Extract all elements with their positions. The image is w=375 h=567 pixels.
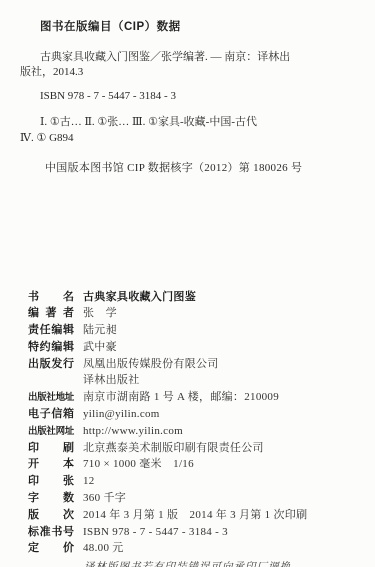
word-count: 360 千字: [83, 490, 126, 507]
colophon-row-edition: 版次 2014 年 3 月第 1 版 2014 年 3 月第 1 次印刷: [0, 507, 375, 524]
cip-classification-line1: Ⅰ. ①古… Ⅱ. ①张… Ⅲ. ①家具-收藏-中国-古代: [40, 115, 357, 131]
colophon-label: 出版发行: [28, 356, 74, 373]
colophon-row-special-editor: 特约编辑 武中豪: [0, 339, 375, 356]
colophon-label: 责任编辑: [28, 322, 74, 339]
colophon-label: 定价: [28, 540, 74, 557]
book-format: 710 × 1000 毫米 1/16: [83, 456, 194, 473]
colophon-label: 开本: [28, 456, 74, 473]
colophon-row-format: 开本 710 × 1000 毫米 1/16: [0, 456, 375, 473]
standard-isbn: ISBN 978 - 7 - 5447 - 3184 - 3: [83, 524, 228, 541]
colophon-row-title: 书名 古典家具收藏入门图鉴: [0, 289, 375, 306]
special-editor-name: 武中豪: [83, 339, 117, 356]
colophon-label: 出版社网址: [28, 424, 74, 441]
colophon-row-publisher: 出版发行 凤凰出版传媒股份有限公司: [0, 356, 375, 373]
colophon-label: 版次: [28, 507, 74, 524]
cip-entry-line2: 版社，2014.3: [20, 65, 357, 81]
printer-name: 北京燕泰美术制版印刷有限责任公司: [83, 440, 264, 457]
colophon-row-address: 出版社地址 南京市湖南路 1 号 A 楼，邮编：210009: [0, 389, 375, 406]
colophon-row-wordcount: 字数 360 千字: [0, 490, 375, 507]
cip-isbn: ISBN 978 - 7 - 5447 - 3184 - 3: [40, 89, 357, 105]
publisher-press: 译林出版社: [83, 372, 140, 389]
copyright-page: 图书在版编目（CIP）数据 古典家具收藏入门图鉴／张学编著. — 南京：译林出 …: [0, 0, 375, 567]
cip-classification-line2: Ⅳ. ① G894: [20, 131, 357, 147]
colophon-row-printer: 印刷 北京燕泰美术制版印刷有限责任公司: [0, 440, 375, 457]
colophon-row-publisher2: 译林出版社: [0, 372, 375, 389]
colophon-label: 电子信箱: [28, 406, 74, 423]
cip-record: 中国版本图书馆 CIP 数据核字（2012）第 180026 号: [45, 161, 357, 177]
colophon-row-author: 编著者 张 学: [0, 305, 375, 322]
colophon-row-website: 出版社网址 http://www.yilin.com: [0, 423, 375, 440]
author-name: 张 学: [83, 305, 117, 322]
cip-entry-line1: 古典家具收藏入门图鉴／张学编著. — 南京：译林出: [40, 50, 357, 66]
colophon-row-sheets: 印张 12: [0, 473, 375, 490]
colophon-label: 字数: [28, 490, 74, 507]
colophon-label: 编著者: [28, 305, 74, 322]
colophon-label: 书名: [28, 289, 74, 306]
cip-section: 图书在版编目（CIP）数据 古典家具收藏入门图鉴／张学编著. — 南京：译林出 …: [0, 0, 375, 177]
colophon-label: 标准书号: [28, 524, 74, 541]
colophon-row-price: 定价 48.00 元: [0, 540, 375, 557]
price: 48.00 元: [83, 540, 124, 557]
colophon-label: 特约编辑: [28, 339, 74, 356]
cip-heading: 图书在版编目（CIP）数据: [40, 20, 357, 36]
colophon-section: 书名 古典家具收藏入门图鉴 编著者 张 学 责任编辑 陆元昶 特约编辑 武中豪 …: [0, 289, 375, 567]
colophon-row-editor: 责任编辑 陆元昶: [0, 322, 375, 339]
publisher-address: 南京市湖南路 1 号 A 楼，邮编：210009: [83, 389, 279, 406]
edition-info: 2014 年 3 月第 1 版 2014 年 3 月第 1 次印刷: [83, 507, 307, 524]
publisher-email: yilin@yilin.com: [83, 406, 160, 423]
colophon-label: 出版社地址: [28, 390, 74, 407]
colophon-row-isbn: 标准书号 ISBN 978 - 7 - 5447 - 3184 - 3: [0, 524, 375, 541]
colophon-label: 印张: [28, 473, 74, 490]
colophon-row-email: 电子信箱 yilin@yilin.com: [0, 406, 375, 423]
editor-name: 陆元昶: [83, 322, 117, 339]
publisher-group: 凤凰出版传媒股份有限公司: [83, 356, 219, 373]
publisher-website: http://www.yilin.com: [83, 423, 183, 440]
book-title: 古典家具收藏入门图鉴: [83, 289, 196, 306]
misprint-exchange-note: 译林版图书若有印装错误可向承印厂调换: [0, 559, 375, 567]
colophon-label: 印刷: [28, 440, 74, 457]
printed-sheets: 12: [83, 473, 95, 490]
